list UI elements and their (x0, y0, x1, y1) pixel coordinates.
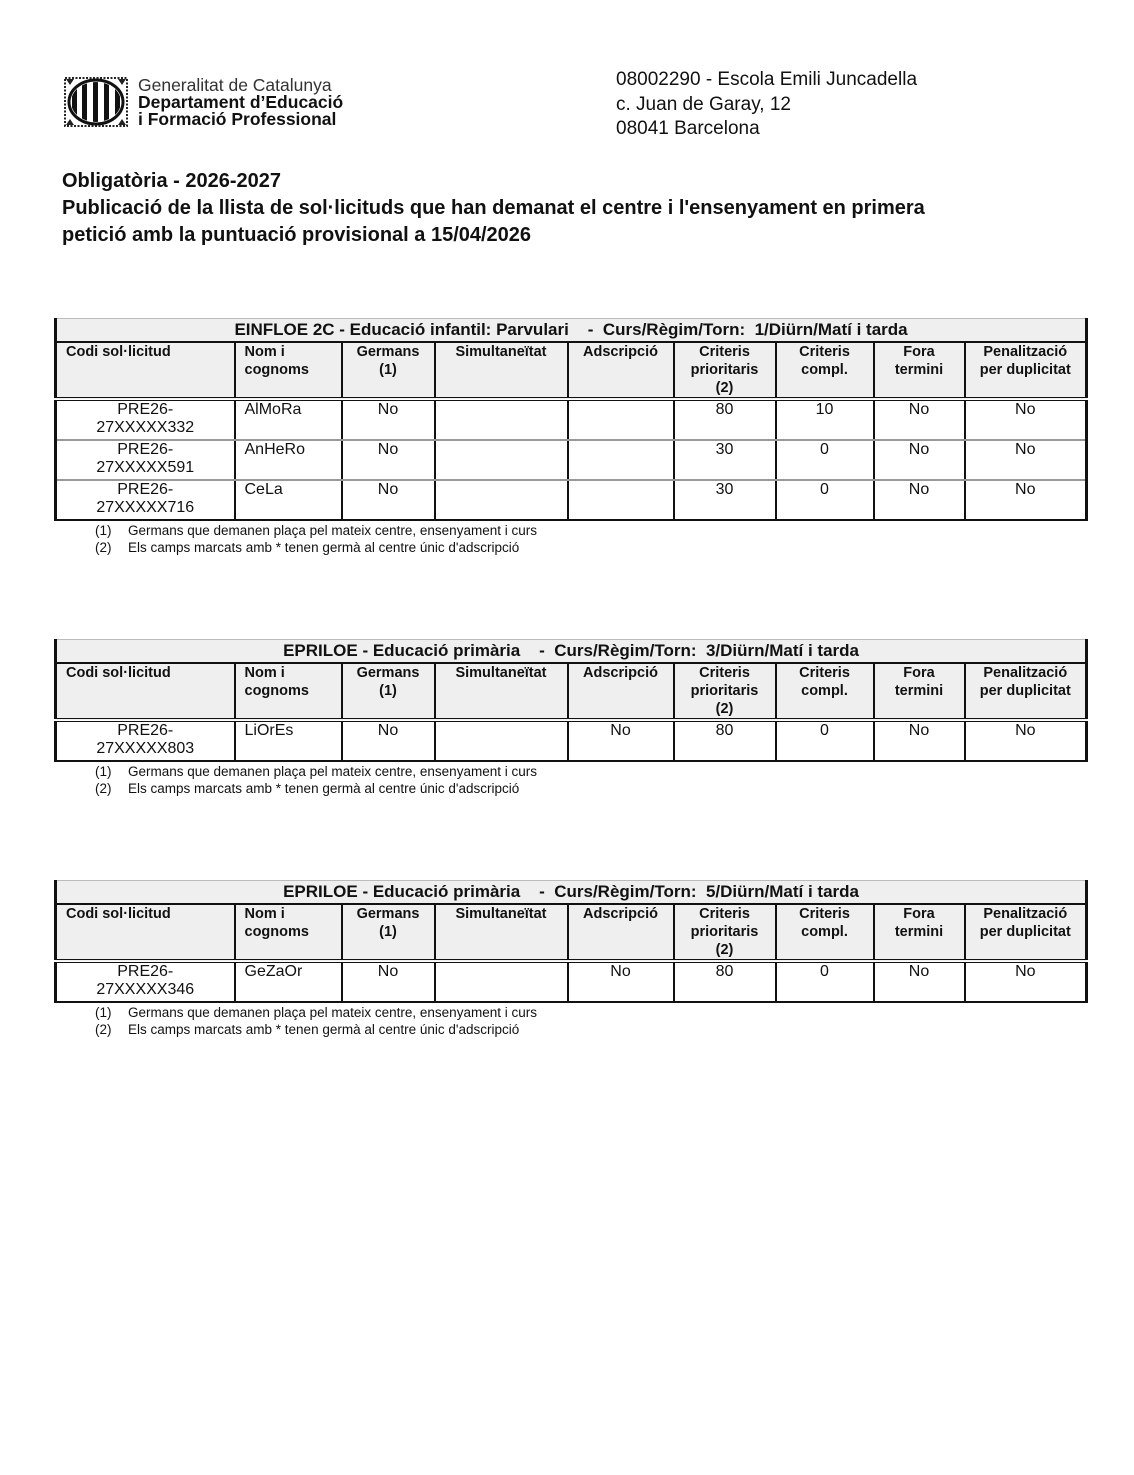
cell-compl: 0 (776, 961, 874, 1002)
cell-adscripcio: No (568, 961, 674, 1002)
cell-fora: No (874, 961, 965, 1002)
cell-adscripcio (568, 399, 674, 440)
column-header-line: Simultaneïtat (436, 664, 567, 682)
column-header-line: Penalització (966, 905, 1086, 923)
requests-table: EINFLOE 2C - Educació infantil: Parvular… (54, 318, 1088, 521)
request-code-line: PRE26- (57, 481, 234, 499)
column-header-nom: Nom icognoms (235, 904, 342, 961)
column-header-adscripcio: Adscripció (568, 342, 674, 399)
column-header-line: per duplicitat (966, 923, 1086, 941)
logo-line-3: i Formació Professional (138, 111, 343, 128)
document-title-line-1: Obligatòria - 2026-2027 (62, 168, 1062, 195)
column-header-line: cognoms (245, 923, 341, 941)
cell-germans: No (342, 440, 435, 480)
cell-penal: No (965, 961, 1087, 1002)
footnote-text: Germans que demanen plaça pel mateix cen… (128, 1004, 537, 1021)
cell-codi: PRE26-27XXXXX716 (56, 480, 235, 520)
cell-simultaneitat (435, 961, 568, 1002)
footnote-text: Els camps marcats amb * tenen germà al c… (128, 1021, 519, 1038)
column-header-line: Codi sol·licitud (66, 905, 234, 923)
footnote: (1)Germans que demanen plaça pel mateix … (95, 763, 1085, 780)
column-header-line: Penalització (966, 664, 1086, 682)
request-code-line: PRE26- (57, 722, 234, 740)
column-header-line: Simultaneïtat (436, 905, 567, 923)
cell-germans: No (342, 720, 435, 761)
column-header-line: Penalització (966, 343, 1086, 361)
column-header-compl: Criteriscompl. (776, 342, 874, 399)
column-header-nom: Nom icognoms (235, 663, 342, 720)
cell-adscripcio: No (568, 720, 674, 761)
column-header-line: per duplicitat (966, 682, 1086, 700)
column-header-prioritaris: Criterisprioritaris(2) (674, 904, 776, 961)
column-header-line: Germans (343, 343, 434, 361)
cell-simultaneitat (435, 720, 568, 761)
request-code-line: 27XXXXX803 (57, 740, 234, 758)
column-header-compl: Criteriscompl. (776, 904, 874, 961)
column-header-penal: Penalitzacióper duplicitat (965, 904, 1087, 961)
column-header-line: per duplicitat (966, 361, 1086, 379)
request-code-line: 27XXXXX716 (57, 499, 234, 517)
cell-fora: No (874, 720, 965, 761)
table-footnotes: (1)Germans que demanen plaça pel mateix … (95, 1004, 1085, 1038)
table-header-row: Codi sol·licitudNom icognomsGermans(1)Si… (56, 663, 1087, 720)
cell-nom: AnHeRo (235, 440, 342, 480)
column-header-compl: Criteriscompl. (776, 663, 874, 720)
column-header-line: Codi sol·licitud (66, 343, 234, 361)
column-header-line: Adscripció (569, 343, 673, 361)
column-header-nom: Nom icognoms (235, 342, 342, 399)
column-header-line: Fora (875, 905, 964, 923)
column-header-adscripcio: Adscripció (568, 663, 674, 720)
cell-prioritaris: 80 (674, 720, 776, 761)
column-header-line: Nom i (245, 905, 341, 923)
cell-fora: No (874, 480, 965, 520)
column-header-line: Simultaneïtat (436, 343, 567, 361)
footnote-number: (2) (95, 1021, 128, 1038)
footnote: (1)Germans que demanen plaça pel mateix … (95, 1004, 1085, 1021)
cell-nom: LiOrEs (235, 720, 342, 761)
column-header-line: Fora (875, 664, 964, 682)
column-header-line: compl. (777, 923, 873, 941)
column-header-line: Germans (343, 905, 434, 923)
table-row: PRE26-27XXXXX591AnHeRoNo300NoNo (56, 440, 1087, 480)
column-header-penal: Penalitzacióper duplicitat (965, 342, 1087, 399)
column-header-line: Nom i (245, 664, 341, 682)
cell-fora: No (874, 440, 965, 480)
cell-fora: No (874, 399, 965, 440)
table-row: PRE26-27XXXXX716CeLaNo300NoNo (56, 480, 1087, 520)
column-header-line: Criteris (777, 905, 873, 923)
cell-simultaneitat (435, 480, 568, 520)
column-header-line: Germans (343, 664, 434, 682)
cell-codi: PRE26-27XXXXX346 (56, 961, 235, 1002)
request-code-line: PRE26- (57, 401, 234, 419)
footnote-number: (1) (95, 522, 128, 539)
footnote-number: (1) (95, 1004, 128, 1021)
footnote-text: Germans que demanen plaça pel mateix cen… (128, 522, 537, 539)
column-header-line: termini (875, 682, 964, 700)
request-code-line: 27XXXXX346 (57, 981, 234, 999)
section-heading: EPRILOE - Educació primària - Curs/Règim… (56, 640, 1087, 664)
footnote-text: Els camps marcats amb * tenen germà al c… (128, 780, 519, 797)
column-header-line: Fora (875, 343, 964, 361)
table-row: PRE26-27XXXXX346GeZaOrNoNo800NoNo (56, 961, 1087, 1002)
cell-germans: No (342, 961, 435, 1002)
column-header-germans: Germans(1) (342, 342, 435, 399)
footnote-text: Germans que demanen plaça pel mateix cen… (128, 763, 537, 780)
generalitat-logo: Generalitat de Catalunya Departament d’E… (64, 76, 343, 128)
column-header-line: compl. (777, 361, 873, 379)
school-code-name: 08002290 - Escola Emili Juncadella (616, 68, 917, 93)
column-header-codi: Codi sol·licitud (56, 663, 235, 720)
column-header-line: (1) (343, 923, 434, 941)
column-header-line: Criteris (777, 343, 873, 361)
cell-nom: GeZaOr (235, 961, 342, 1002)
footnote: (2)Els camps marcats amb * tenen germà a… (95, 780, 1085, 797)
section-heading: EINFLOE 2C - Educació infantil: Parvular… (56, 319, 1087, 343)
cell-germans: No (342, 399, 435, 440)
cell-simultaneitat (435, 399, 568, 440)
column-header-line: Codi sol·licitud (66, 664, 234, 682)
footnote: (2)Els camps marcats amb * tenen germà a… (95, 1021, 1085, 1038)
cell-adscripcio (568, 480, 674, 520)
requests-table: EPRILOE - Educació primària - Curs/Règim… (54, 880, 1088, 1003)
column-header-line: Adscripció (569, 905, 673, 923)
column-header-penal: Penalitzacióper duplicitat (965, 663, 1087, 720)
column-header-simultaneitat: Simultaneïtat (435, 663, 568, 720)
column-header-line: cognoms (245, 682, 341, 700)
table-header-row: Codi sol·licitudNom icognomsGermans(1)Si… (56, 904, 1087, 961)
cell-adscripcio (568, 440, 674, 480)
column-header-line: prioritaris (675, 361, 775, 379)
column-header-line: (2) (675, 941, 775, 959)
column-header-line: termini (875, 361, 964, 379)
requests-section-1: EINFLOE 2C - Educació infantil: Parvular… (54, 318, 1085, 556)
column-header-line: Criteris (777, 664, 873, 682)
cell-codi: PRE26-27XXXXX803 (56, 720, 235, 761)
column-header-line: (1) (343, 682, 434, 700)
column-header-line: Nom i (245, 343, 341, 361)
column-header-line: (2) (675, 379, 775, 397)
requests-section-2: EPRILOE - Educació primària - Curs/Règim… (54, 639, 1085, 797)
logo-line-1: Generalitat de Catalunya (138, 77, 343, 94)
column-header-fora: Foratermini (874, 904, 965, 961)
cell-germans: No (342, 480, 435, 520)
cell-compl: 0 (776, 440, 874, 480)
column-header-line: (1) (343, 361, 434, 379)
cell-penal: No (965, 440, 1087, 480)
column-header-line: Adscripció (569, 664, 673, 682)
cell-prioritaris: 30 (674, 480, 776, 520)
table-header-row: Codi sol·licitudNom icognomsGermans(1)Si… (56, 342, 1087, 399)
cell-codi: PRE26-27XXXXX591 (56, 440, 235, 480)
generalitat-logo-icon (64, 77, 128, 127)
cell-compl: 10 (776, 399, 874, 440)
table-row: PRE26-27XXXXX803LiOrEsNoNo800NoNo (56, 720, 1087, 761)
cell-prioritaris: 80 (674, 399, 776, 440)
column-header-simultaneitat: Simultaneïtat (435, 904, 568, 961)
request-code-line: 27XXXXX332 (57, 419, 234, 437)
cell-nom: CeLa (235, 480, 342, 520)
column-header-line: compl. (777, 682, 873, 700)
table-row: PRE26-27XXXXX332AlMoRaNo8010NoNo (56, 399, 1087, 440)
school-city: 08041 Barcelona (616, 117, 917, 142)
footnote-number: (2) (95, 780, 128, 797)
footnote-number: (1) (95, 763, 128, 780)
document-title-line-3: petició amb la puntuació provisional a 1… (62, 222, 1062, 249)
column-header-fora: Foratermini (874, 663, 965, 720)
column-header-simultaneitat: Simultaneïtat (435, 342, 568, 399)
column-header-prioritaris: Criterisprioritaris(2) (674, 663, 776, 720)
column-header-prioritaris: Criterisprioritaris(2) (674, 342, 776, 399)
column-header-line: Criteris (675, 664, 775, 682)
cell-codi: PRE26-27XXXXX332 (56, 399, 235, 440)
section-heading: EPRILOE - Educació primària - Curs/Règim… (56, 881, 1087, 905)
column-header-line: Criteris (675, 343, 775, 361)
column-header-line: termini (875, 923, 964, 941)
document-title: Obligatòria - 2026-2027 Publicació de la… (62, 168, 1062, 249)
column-header-line: Criteris (675, 905, 775, 923)
footnote: (1)Germans que demanen plaça pel mateix … (95, 522, 1085, 539)
cell-compl: 0 (776, 720, 874, 761)
column-header-adscripcio: Adscripció (568, 904, 674, 961)
document-title-line-2: Publicació de la llista de sol·licituds … (62, 195, 1062, 222)
footnote: (2)Els camps marcats amb * tenen germà a… (95, 539, 1085, 556)
column-header-codi: Codi sol·licitud (56, 904, 235, 961)
request-code-line: PRE26- (57, 441, 234, 459)
cell-penal: No (965, 720, 1087, 761)
table-footnotes: (1)Germans que demanen plaça pel mateix … (95, 763, 1085, 797)
column-header-line: prioritaris (675, 682, 775, 700)
cell-penal: No (965, 480, 1087, 520)
column-header-fora: Foratermini (874, 342, 965, 399)
cell-prioritaris: 30 (674, 440, 776, 480)
column-header-line: prioritaris (675, 923, 775, 941)
cell-compl: 0 (776, 480, 874, 520)
request-code-line: 27XXXXX591 (57, 459, 234, 477)
column-header-codi: Codi sol·licitud (56, 342, 235, 399)
table-footnotes: (1)Germans que demanen plaça pel mateix … (95, 522, 1085, 556)
requests-section-3: EPRILOE - Educació primària - Curs/Règim… (54, 880, 1085, 1038)
requests-table: EPRILOE - Educació primària - Curs/Règim… (54, 639, 1088, 762)
request-code-line: PRE26- (57, 963, 234, 981)
school-address: 08002290 - Escola Emili Juncadella c. Ju… (616, 68, 917, 142)
logo-line-2: Departament d’Educació (138, 94, 343, 111)
cell-penal: No (965, 399, 1087, 440)
column-header-germans: Germans(1) (342, 663, 435, 720)
column-header-germans: Germans(1) (342, 904, 435, 961)
cell-prioritaris: 80 (674, 961, 776, 1002)
school-street: c. Juan de Garay, 12 (616, 93, 917, 118)
footnote-text: Els camps marcats amb * tenen germà al c… (128, 539, 519, 556)
cell-nom: AlMoRa (235, 399, 342, 440)
footnote-number: (2) (95, 539, 128, 556)
column-header-line: (2) (675, 700, 775, 718)
column-header-line: cognoms (245, 361, 341, 379)
cell-simultaneitat (435, 440, 568, 480)
